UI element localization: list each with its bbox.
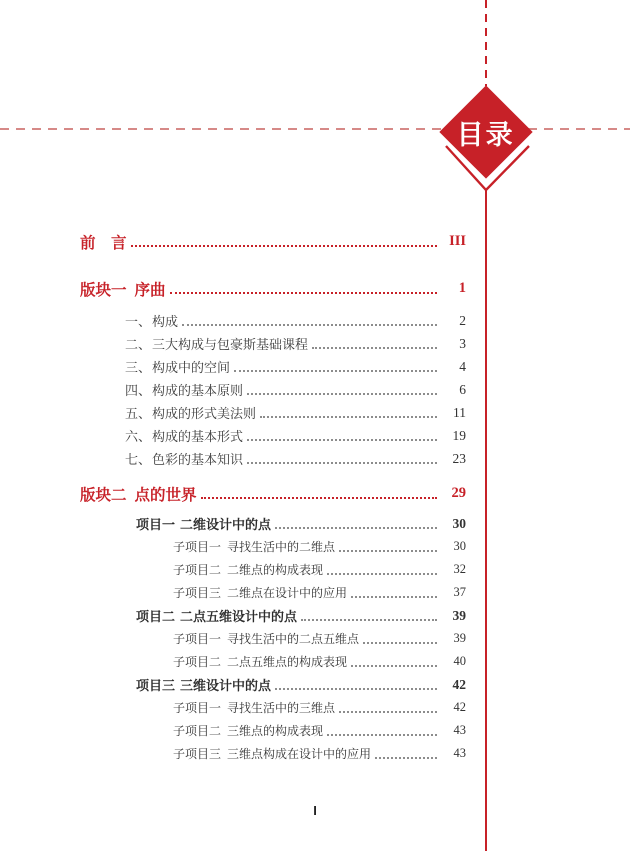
toc-row: 三、 构成中的空间 4: [80, 355, 466, 378]
toc-row-page: 2: [440, 313, 466, 329]
toc-row-label: 项目二: [136, 606, 175, 625]
toc-row-title: 点的世界: [135, 483, 197, 505]
horizontal-dashed-line: [0, 128, 630, 130]
toc-row-title: 构成的基本原则: [152, 380, 243, 399]
dotted-leader: [234, 370, 437, 372]
toc-row: 子项目二 三维点的构成表现 43: [80, 719, 466, 742]
toc-row-page: 32: [440, 562, 466, 577]
toc-row-page: 23: [440, 451, 466, 467]
dotted-leader: [247, 462, 437, 464]
toc-row-title: 构成的基本形式: [152, 426, 243, 445]
toc-row-title: 三维点构成在设计中的应用: [227, 745, 371, 762]
toc-row: 子项目二 二维点的构成表现 32: [80, 558, 466, 581]
toc-row-title: 色彩的基本知识: [152, 449, 243, 468]
dotted-leader: [351, 596, 437, 598]
toc-row-label: 三、: [125, 357, 151, 376]
toc-row-label: 七、: [125, 449, 151, 468]
toc-row-title: 二维点在设计中的应用: [227, 584, 347, 601]
toc-row-title: 序曲: [135, 278, 166, 300]
toc-row: 前 言 III: [80, 230, 466, 253]
toc-row-page: 42: [440, 677, 466, 693]
toc-row: 子项目一 寻找生活中的二维点 30: [80, 535, 466, 558]
toc-row: 子项目三 二维点在设计中的应用 37: [80, 581, 466, 604]
toc-row-page: 4: [440, 359, 466, 375]
dotted-leader: [339, 550, 437, 552]
toc-row-label: 五、: [125, 403, 151, 422]
toc-row-page: 37: [440, 585, 466, 600]
toc-row-title: 构成的形式美法则: [152, 403, 256, 422]
toc-row-page: 6: [440, 382, 466, 398]
toc-row-label: 子项目二: [173, 722, 221, 739]
toc-row-title: 寻找生活中的二维点: [227, 538, 335, 555]
dotted-leader: [327, 573, 437, 575]
toc-row-page: 39: [440, 631, 466, 646]
vertical-dashed-line: [485, 0, 487, 86]
dotted-leader: [312, 347, 437, 349]
toc-row-label: 子项目二: [173, 653, 221, 670]
toc-row-label: 子项目一: [173, 699, 221, 716]
toc-row-title: 寻找生活中的三维点: [227, 699, 335, 716]
dotted-leader: [351, 665, 437, 667]
toc-row-label: 前 言: [80, 231, 127, 253]
toc-row: 四、 构成的基本原则 6: [80, 378, 466, 401]
toc-row: 五、 构成的形式美法则 11: [80, 401, 466, 424]
toc-row-label: 版块二: [80, 483, 127, 505]
toc-row: 七、 色彩的基本知识 23: [80, 447, 466, 470]
toc-row-label: 二、: [125, 334, 151, 353]
dotted-leader: [182, 324, 437, 326]
toc-badge-label: 目录: [457, 113, 515, 152]
toc-row-label: 项目一: [136, 514, 175, 533]
toc-row-label: 子项目三: [173, 745, 221, 762]
toc-row: 子项目一 寻找生活中的二点五维点 39: [80, 627, 466, 650]
toc-row-label: 四、: [125, 380, 151, 399]
toc-row: 子项目二 二点五维点的构成表现 40: [80, 650, 466, 673]
toc-row-title: 二维设计中的点: [180, 514, 271, 533]
dotted-leader: [375, 757, 437, 759]
vertical-red-line: [485, 189, 487, 851]
toc-row: 六、 构成的基本形式 19: [80, 424, 466, 447]
dotted-leader: [247, 393, 437, 395]
toc-row-page: III: [440, 233, 466, 250]
dotted-leader: [339, 711, 437, 713]
toc-row-page: 39: [440, 608, 466, 624]
toc-row-title: 三维设计中的点: [180, 675, 271, 694]
dotted-leader: [363, 642, 437, 644]
toc-row: 子项目一 寻找生活中的三维点 42: [80, 696, 466, 719]
toc-row: 项目一 二维设计中的点 30: [80, 512, 466, 535]
toc-row-page: 11: [440, 405, 466, 421]
toc-row-title: 三维点的构成表现: [227, 722, 323, 739]
toc-row-title: 二点五维点的构成表现: [227, 653, 347, 670]
toc-row: 一、 构成 2: [80, 309, 466, 332]
dotted-leader: [201, 497, 437, 499]
toc-row-label: 子项目一: [173, 630, 221, 647]
toc-row-page: 29: [440, 485, 466, 502]
dotted-leader: [301, 619, 437, 621]
toc-row-title: 二维点的构成表现: [227, 561, 323, 578]
toc-list: 前 言 III 版块一 序曲 1 一、 构成 2 二、 三大构成与包豪斯基础课程…: [80, 230, 466, 765]
toc-page: 目录 前 言 III 版块一 序曲 1 一、 构成 2 二、 三大构成与包豪斯基…: [0, 0, 630, 853]
toc-row-page: 30: [440, 516, 466, 532]
toc-row-label: 项目三: [136, 675, 175, 694]
toc-row-label: 子项目二: [173, 561, 221, 578]
toc-row: 二、 三大构成与包豪斯基础课程 3: [80, 332, 466, 355]
toc-row-title: 二点五维设计中的点: [180, 606, 297, 625]
toc-row-label: 六、: [125, 426, 151, 445]
page-footer-number: I: [0, 803, 630, 818]
toc-row: 子项目三 三维点构成在设计中的应用 43: [80, 742, 466, 765]
toc-row-label: 版块一: [80, 278, 127, 300]
toc-row-page: 30: [440, 539, 466, 554]
dotted-leader: [260, 416, 437, 418]
toc-row-label: 子项目三: [173, 584, 221, 601]
toc-row-page: 42: [440, 700, 466, 715]
toc-row-page: 3: [440, 336, 466, 352]
dotted-leader: [327, 734, 437, 736]
toc-row-title: 三大构成与包豪斯基础课程: [152, 334, 308, 353]
dotted-leader: [275, 527, 437, 529]
toc-row-title: 构成中的空间: [152, 357, 230, 376]
dotted-leader: [275, 688, 437, 690]
toc-row-page: 1: [440, 280, 466, 297]
toc-row: 版块二 点的世界 29: [80, 482, 466, 505]
toc-row-page: 19: [440, 428, 466, 444]
toc-row-title: 构成: [152, 311, 178, 330]
toc-row: 项目二 二点五维设计中的点 39: [80, 604, 466, 627]
dotted-leader: [131, 245, 437, 247]
toc-row: 版块一 序曲 1: [80, 277, 466, 300]
toc-row: 项目三 三维设计中的点 42: [80, 673, 466, 696]
toc-row-title: 寻找生活中的二点五维点: [227, 630, 359, 647]
toc-row-page: 43: [440, 746, 466, 761]
toc-row-page: 43: [440, 723, 466, 738]
toc-row-label: 一、: [125, 311, 151, 330]
toc-row-page: 40: [440, 654, 466, 669]
dotted-leader: [170, 292, 437, 294]
toc-row-label: 子项目一: [173, 538, 221, 555]
dotted-leader: [247, 439, 437, 441]
